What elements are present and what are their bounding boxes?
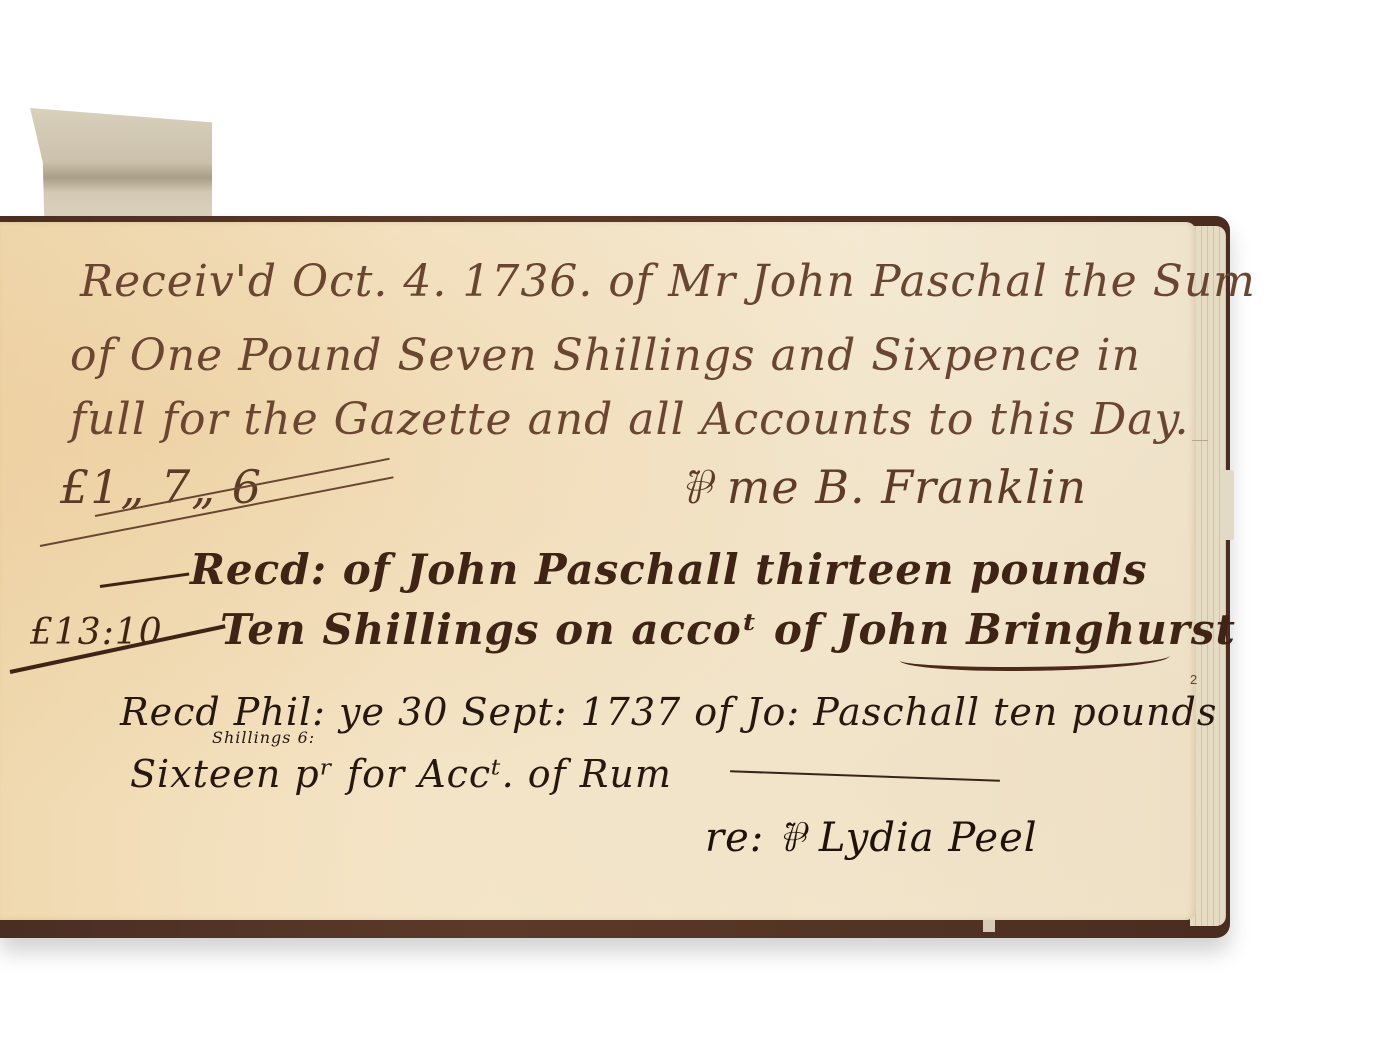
page-number: 2 xyxy=(1190,672,1197,687)
franklin-signature: ⅌ me B. Franklin xyxy=(680,455,1087,517)
entry1-amount: £1„ 7„ 6 xyxy=(60,460,262,514)
entry1-line1: Receiv'd Oct. 4. 1736. of Mr John Pascha… xyxy=(80,256,1256,307)
entry1-line2: of One Pound Seven Shillings and Sixpenc… xyxy=(70,330,1141,381)
entry3-superscript: Shillings 6: xyxy=(212,728,315,747)
page-ruling xyxy=(1192,440,1208,441)
paper-tab xyxy=(30,108,212,228)
entry2-amount: £13:10 xyxy=(30,612,163,653)
peel-signature: re: ⅌ Lydia Peel xyxy=(705,808,1038,863)
receipt-book-photo: 2 Receiv'd Oct. 4. 1736. of Mr John Pasc… xyxy=(0,0,1383,1050)
entry2-line1: Recd: of John Paschall thirteen pounds xyxy=(190,545,1148,594)
bottom-tab xyxy=(983,918,995,932)
entry1-line3: full for the Gazette and all Accounts to… xyxy=(70,394,1189,445)
entry3-line2: Sixteen pʳ for Accᵗ. of Rum xyxy=(130,752,672,796)
page-flag xyxy=(1220,470,1234,540)
